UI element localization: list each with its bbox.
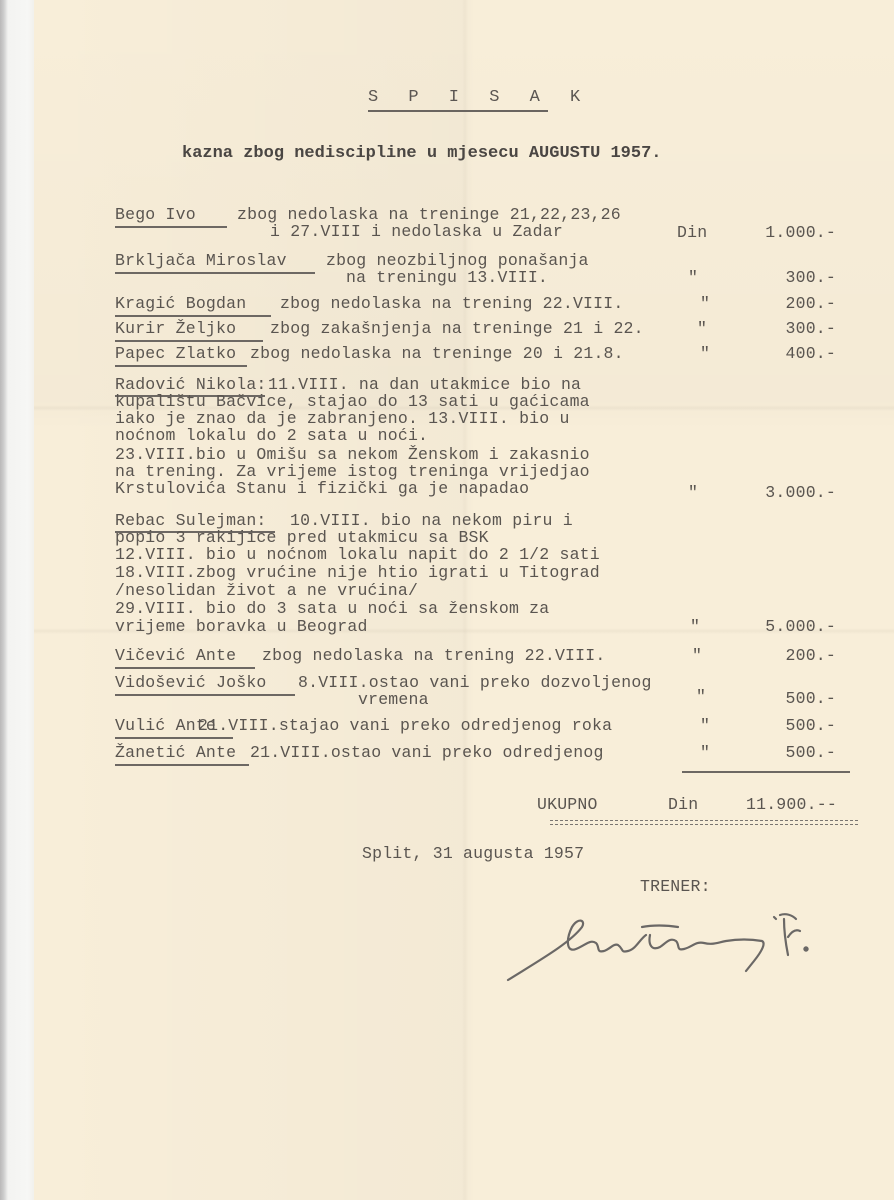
name-underline bbox=[115, 340, 263, 342]
entry-name: Vičević Ante bbox=[115, 647, 236, 664]
scanner-edge bbox=[0, 0, 36, 1200]
double-underline bbox=[550, 820, 858, 822]
entry-reason-line: zbog nedolaska na treninge 21,22,23,26 bbox=[237, 206, 621, 223]
entry-reason-line: iako je znao da je zabranjeno. 13.VIII. … bbox=[115, 410, 570, 427]
ditto-mark: " bbox=[690, 618, 700, 635]
entry-name: Kurir Željko bbox=[115, 320, 236, 337]
ditto-mark: " bbox=[700, 744, 710, 761]
entry-reason-line: i 27.VIII i nedolaska u Zadar bbox=[270, 223, 563, 240]
name-underline bbox=[115, 764, 249, 766]
ditto-mark: " bbox=[700, 717, 710, 734]
entry-reason-line: kupalištu Bačvice, stajao do 13 sati u g… bbox=[115, 393, 590, 410]
sum-line bbox=[682, 771, 850, 773]
name-underline bbox=[115, 694, 295, 696]
entry-reason-line: zbog neozbiljnog ponašanja bbox=[326, 252, 589, 269]
ditto-mark: " bbox=[700, 295, 710, 312]
entry-name: Vidošević Joško bbox=[115, 674, 267, 691]
entry-amount: 200.- bbox=[740, 295, 836, 312]
name-underline bbox=[115, 226, 227, 228]
entry-reason-line: Krstulovića Stanu i fizički ga je napada… bbox=[115, 480, 529, 497]
entry-reason-line: zbog nedolaska na trening 22.VIII. bbox=[280, 295, 623, 312]
entry-name: Žanetić Ante bbox=[115, 744, 236, 761]
name-underline bbox=[115, 365, 247, 367]
entry-reason-line: zbog nedolaska na trening 22.VIII. bbox=[262, 647, 605, 664]
ditto-mark: " bbox=[696, 688, 706, 705]
entry-amount: 200.- bbox=[740, 647, 836, 664]
entry-amount: 5.000.- bbox=[740, 618, 836, 635]
entry-amount: 500.- bbox=[740, 744, 836, 761]
entry-name: Papec Zlatko bbox=[115, 345, 236, 362]
handwritten-signature bbox=[500, 905, 870, 990]
entry-reason-line: 10.VIII. bio na nekom piru i bbox=[290, 512, 573, 529]
name-underline bbox=[115, 272, 315, 274]
entry-reason-line: vremena bbox=[358, 691, 429, 708]
entry-reason-line: 8.VIII.ostao vani preko dozvoljenog bbox=[298, 674, 652, 691]
name-underline bbox=[115, 667, 255, 669]
ditto-mark: " bbox=[688, 269, 698, 286]
entry-amount: 500.- bbox=[740, 690, 836, 707]
entry-reason-line: 23.VIII.bio u Omišu sa nekom Ženskom i z… bbox=[115, 446, 590, 463]
total-amount: 11.900.-- bbox=[746, 796, 837, 813]
entry-name: Brkljača Miroslav bbox=[115, 252, 287, 269]
entry-amount: 3.000.- bbox=[740, 484, 836, 501]
entry-name: Rebac Sulejman: bbox=[115, 512, 267, 529]
name-underline bbox=[115, 315, 271, 317]
entry-amount: 300.- bbox=[740, 269, 836, 286]
ditto-mark: " bbox=[692, 647, 702, 664]
entry-amount: 400.- bbox=[740, 345, 836, 362]
entry-name: Radović Nikola: bbox=[115, 376, 267, 393]
entry-reason-line: noćnom lokalu do 2 sata u noći. bbox=[115, 427, 428, 444]
entry-reason-line: na trening. Za vrijeme istog treninga vr… bbox=[115, 463, 590, 480]
entry-name: Bego Ivo bbox=[115, 206, 196, 223]
total-currency: Din bbox=[668, 796, 698, 813]
ditto-mark: " bbox=[700, 345, 710, 362]
ditto-mark: " bbox=[688, 484, 698, 501]
double-underline bbox=[550, 824, 858, 826]
entry-reason-line: 29.VIII. bio do 3 sata u noći sa ženskom… bbox=[115, 600, 549, 617]
entry-reason-line: 21.VIII.ostao vani preko odredjenog bbox=[250, 744, 604, 761]
currency-label: Din bbox=[677, 224, 707, 241]
entry-reason-line: /nesolidan život a ne vrućina/ bbox=[115, 582, 418, 599]
ditto-mark: " bbox=[697, 320, 707, 337]
document-subtitle: kazna zbog nediscipline u mjesecu AUGUST… bbox=[182, 145, 661, 162]
document-title: S P I S A K bbox=[368, 89, 590, 106]
place-date: Split, 31 augusta 1957 bbox=[362, 845, 584, 862]
entry-amount: 500.- bbox=[740, 717, 836, 734]
entry-reason-line: vrijeme boravka u Beograd bbox=[115, 618, 368, 635]
entry-name: Kragić Bogdan bbox=[115, 295, 246, 312]
entry-reason-line: na treningu 13.VIII. bbox=[346, 269, 548, 286]
total-label: UKUPNO bbox=[537, 796, 598, 813]
entry-reason-line: 21.VIII.stajao vani preko odredjenog rok… bbox=[198, 717, 612, 734]
title-underline bbox=[368, 110, 548, 112]
entry-reason-line: 18.VIII.zbog vrućine nije htio igrati u … bbox=[115, 564, 600, 581]
entry-amount: 1.000.- bbox=[740, 224, 836, 241]
entry-reason-line: 12.VIII. bio u noćnom lokalu napit do 2 … bbox=[115, 546, 600, 563]
entry-reason-line: 11.VIII. na dan utakmice bio na bbox=[268, 376, 581, 393]
entry-reason-line: zbog zakašnjenja na treninge 21 i 22. bbox=[270, 320, 644, 337]
entry-reason-line: zbog nedolaska na treninge 20 i 21.8. bbox=[250, 345, 624, 362]
entry-reason-line: popio 3 rakijice pred utakmicu sa BSK bbox=[115, 529, 489, 546]
name-underline bbox=[115, 737, 233, 739]
entry-amount: 300.- bbox=[740, 320, 836, 337]
signature-role: TRENER: bbox=[640, 878, 711, 895]
